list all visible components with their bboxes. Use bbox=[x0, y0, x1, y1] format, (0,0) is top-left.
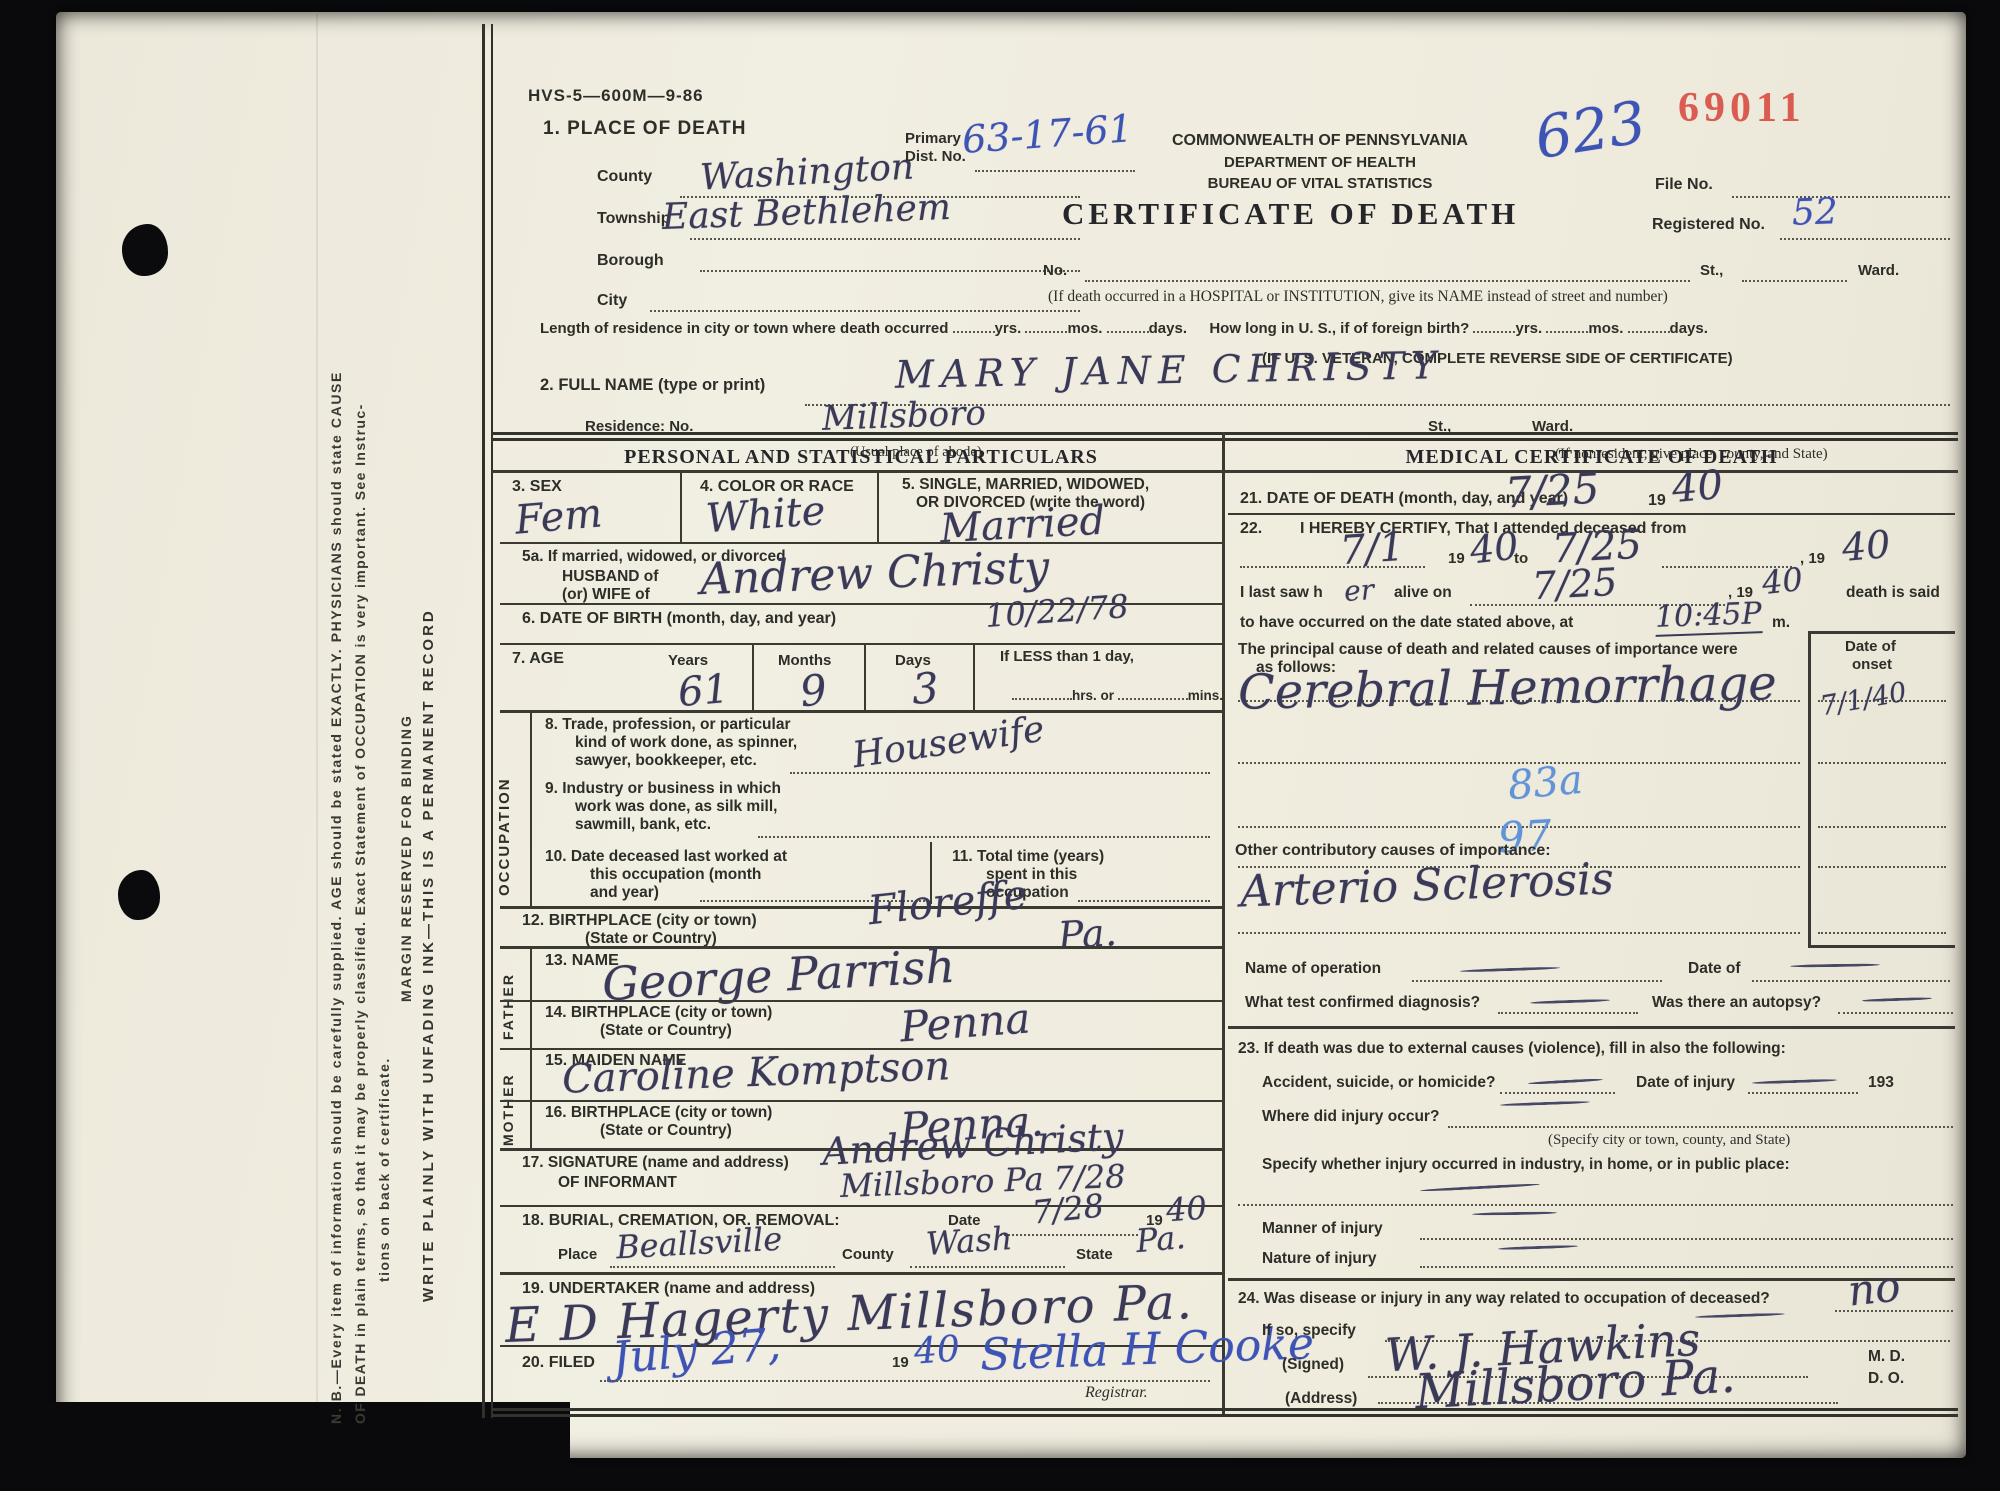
father-birthplace-label-2: (State or Country) bbox=[600, 1022, 732, 1040]
mins-label: mins. bbox=[1188, 688, 1223, 703]
last-worked-label-2: this occupation (month bbox=[590, 866, 761, 884]
department-line: DEPARTMENT OF HEALTH bbox=[1150, 154, 1490, 171]
last-worked-label-1: 10. Date deceased last worked at bbox=[545, 848, 787, 866]
autopsy-label: Was there an autopsy? bbox=[1652, 994, 1821, 1012]
punch-hole-bottom bbox=[118, 870, 160, 920]
file-no-line bbox=[1732, 196, 1950, 198]
trade-label-2: kind of work done, as spinner, bbox=[575, 734, 797, 752]
length-yrs-label: yrs. bbox=[995, 320, 1022, 337]
do-label: D. O. bbox=[1868, 1370, 1904, 1388]
cause-line-5 bbox=[1238, 932, 1800, 934]
age-divider-2 bbox=[864, 643, 866, 710]
margin-note-nb-line1: N. B.—Every item of information should b… bbox=[328, 371, 344, 1424]
related-occupation-value: no bbox=[1846, 1261, 1903, 1315]
city-label: City bbox=[597, 292, 627, 310]
street-no-label: No. bbox=[1043, 262, 1067, 279]
borough-line bbox=[700, 270, 1080, 272]
father-mother-bracket-line bbox=[530, 946, 532, 1148]
onset-line-4 bbox=[1818, 866, 1946, 868]
injury-date-line bbox=[1748, 1092, 1858, 1094]
onset-box-left bbox=[1808, 631, 1811, 947]
specify-injury-label: Specify whether injury occurred in indus… bbox=[1262, 1156, 1790, 1174]
attended-to-label: to bbox=[1514, 550, 1528, 567]
length-mos-label: mos. bbox=[1067, 320, 1102, 337]
header-double-rule bbox=[492, 432, 1958, 441]
registered-no-line bbox=[1780, 238, 1950, 240]
where-injury-label: Where did injury occur? bbox=[1262, 1108, 1439, 1126]
external-causes-label: 23. If death was due to external causes … bbox=[1238, 1040, 1786, 1058]
to-year-printed: , 19 bbox=[1800, 550, 1825, 567]
mins-line bbox=[1118, 698, 1188, 700]
spouse-label-2: HUSBAND of bbox=[562, 568, 658, 586]
township-label: Township bbox=[597, 210, 670, 228]
city-line bbox=[650, 310, 1080, 312]
accident-line bbox=[1500, 1092, 1615, 1094]
filed-year-printed: 19 bbox=[892, 1354, 909, 1371]
street-ward-label: Ward. bbox=[1858, 262, 1899, 279]
fold-line bbox=[316, 14, 318, 1402]
occupation-bracket-line bbox=[530, 710, 532, 906]
us-mos-label: mos. bbox=[1588, 320, 1623, 337]
last-saw-pronoun: er bbox=[1343, 573, 1375, 608]
specify-injury-line bbox=[1238, 1204, 1953, 1206]
last-saw-post: death is said bbox=[1846, 584, 1940, 602]
informant-label-1: 17. SIGNATURE (name and address) bbox=[522, 1154, 789, 1172]
us-length-label: How long in U. S., if of foreign birth? bbox=[1209, 320, 1469, 337]
birthplace-label-1: 12. BIRTHPLACE (city or town) bbox=[522, 912, 757, 930]
filed-year-value: 40 bbox=[913, 1328, 962, 1372]
total-time-label-1: 11. Total time (years) bbox=[952, 848, 1104, 866]
us-days-label: days. bbox=[1670, 320, 1708, 337]
hrs-label: hrs. or bbox=[1072, 688, 1114, 703]
age-months-value: 9 bbox=[798, 665, 830, 717]
accident-label: Accident, suicide, or homicide? bbox=[1262, 1074, 1495, 1092]
from-year-value: 40 bbox=[1468, 524, 1521, 573]
father-birthplace-value: Penna bbox=[898, 994, 1031, 1052]
last-saw-pre: I last saw h bbox=[1240, 584, 1323, 602]
left-double-rule bbox=[482, 24, 493, 1418]
onset-box-top bbox=[1808, 631, 1955, 634]
dob-label: 6. DATE OF BIRTH (month, day, and year) bbox=[522, 610, 836, 628]
last-worked-label-3: and year) bbox=[590, 884, 659, 902]
color-marital-divider bbox=[877, 470, 879, 542]
row-line-5a bbox=[500, 542, 1222, 544]
onset-box-bottom bbox=[1808, 945, 1955, 948]
primary-dist-label-2: Dist. No. bbox=[905, 148, 966, 165]
bottom-double-rule bbox=[492, 1408, 1958, 1417]
length-mos-line bbox=[1025, 331, 1067, 333]
address-label: (Address) bbox=[1285, 1390, 1357, 1408]
burial-date-line bbox=[1000, 1234, 1138, 1236]
place-of-death-label: 1. PLACE OF DEATH bbox=[543, 118, 747, 140]
where-injury-note: (Specify city or town, county, and State… bbox=[1548, 1132, 1790, 1149]
filed-line bbox=[600, 1380, 1210, 1382]
age-divider-3 bbox=[973, 643, 975, 710]
row-line-18 bbox=[500, 1205, 1222, 1207]
mother-birthplace-label-1: 16. BIRTHPLACE (city or town) bbox=[545, 1104, 772, 1122]
last-saw-mid: alive on bbox=[1394, 584, 1452, 602]
burial-county-line bbox=[910, 1266, 1065, 1268]
where-injury-line bbox=[1448, 1126, 1953, 1128]
medical-rule-2 bbox=[1228, 1026, 1955, 1029]
registered-no-value: 52 bbox=[1791, 191, 1838, 234]
father-birthplace-label-1: 14. BIRTHPLACE (city or town) bbox=[545, 1004, 772, 1022]
operation-date-line bbox=[1752, 980, 1950, 982]
hospital-note: (If death occurred in a HOSPITAL or INST… bbox=[1048, 288, 1668, 306]
burial-place-label: Place bbox=[558, 1246, 597, 1263]
father-side-label: FATHER bbox=[500, 973, 516, 1040]
manner-injury-label: Manner of injury bbox=[1262, 1220, 1383, 1238]
cause-code-1: 83a bbox=[1506, 757, 1584, 809]
age-label: 7. AGE bbox=[512, 650, 564, 668]
street-st-line bbox=[1742, 280, 1847, 282]
burial-state-value: Pa. bbox=[1134, 1218, 1186, 1260]
us-days-line bbox=[1628, 331, 1670, 333]
registered-no-label: Registered No. bbox=[1652, 216, 1765, 234]
related-occupation-line bbox=[1835, 1310, 1953, 1312]
margin-note-nb-line3: tions on back of certificate. bbox=[376, 1057, 392, 1282]
certify-number: 22. bbox=[1240, 520, 1262, 538]
from-year-printed: 19 bbox=[1448, 550, 1465, 567]
dod-year-printed: 19 bbox=[1648, 492, 1666, 510]
trade-line bbox=[790, 772, 1210, 774]
onset-label-1: Date of bbox=[1845, 638, 1896, 655]
burial-place-line bbox=[610, 1266, 835, 1268]
length-days-label: days. bbox=[1149, 320, 1187, 337]
injury-date-label: Date of injury bbox=[1636, 1074, 1735, 1092]
autopsy-line bbox=[1838, 1012, 1953, 1014]
onset-line-2 bbox=[1818, 762, 1946, 764]
signed-label: (Signed) bbox=[1282, 1356, 1344, 1374]
age-less-label: If LESS than 1 day, bbox=[1000, 648, 1134, 665]
primary-dist-line bbox=[975, 170, 1135, 172]
mother-birthplace-label-2: (State or Country) bbox=[600, 1122, 732, 1140]
nature-injury-label: Nature of injury bbox=[1262, 1250, 1377, 1268]
related-occupation-label: 24. Was disease or injury in any way rel… bbox=[1238, 1290, 1770, 1308]
occupation-side-label: OCCUPATION bbox=[496, 777, 513, 896]
row-line-16 bbox=[500, 1100, 1222, 1102]
industry-label-2: work was done, as silk mill, bbox=[575, 798, 777, 816]
principal-cause-value: Cerebral Hemorrhage bbox=[1238, 655, 1778, 720]
length-days-line bbox=[1107, 331, 1149, 333]
filed-label: 20. FILED bbox=[522, 1354, 595, 1372]
operation-date-label: Date of bbox=[1688, 960, 1741, 978]
row-line-7 bbox=[500, 643, 1222, 645]
age-hrs-mins-row: hrs. or mins. bbox=[1012, 688, 1223, 703]
trade-label-3: sawyer, bookkeeper, etc. bbox=[575, 752, 757, 770]
section-top-rule bbox=[492, 470, 1958, 473]
marital-label-1: 5. SINGLE, MARRIED, WIDOWED, bbox=[902, 476, 1149, 494]
operation-line bbox=[1412, 980, 1662, 982]
us-yrs-label: yrs. bbox=[1515, 320, 1542, 337]
column-divider bbox=[1222, 432, 1225, 1414]
mother-side-label: MOTHER bbox=[500, 1073, 516, 1146]
spouse-label-3: (or) WIFE of bbox=[562, 586, 650, 604]
date-of-death-value: 7/25 bbox=[1504, 464, 1601, 518]
file-no-label: File No. bbox=[1655, 176, 1713, 194]
street-st-label: St., bbox=[1700, 262, 1723, 279]
row-line-8 bbox=[500, 710, 1222, 713]
certificate-stamp-number: 69011 bbox=[1678, 84, 1806, 132]
township-line bbox=[690, 238, 1080, 240]
commonwealth-line: COMMONWEALTH OF PENNSYLVANIA bbox=[1150, 132, 1490, 150]
manner-injury-line bbox=[1420, 1238, 1953, 1240]
primary-dist-label-1: Primary bbox=[905, 130, 961, 147]
occurred-suffix: m. bbox=[1772, 614, 1790, 632]
total-time-line bbox=[1078, 900, 1210, 902]
last-saw-value: 7/25 bbox=[1531, 560, 1619, 608]
certificate-title: CERTIFICATE OF DEATH bbox=[1062, 196, 1519, 232]
county-label: County bbox=[597, 168, 652, 186]
burial-county-label: County bbox=[842, 1246, 894, 1263]
form-number: HVS-5—600M—9-86 bbox=[528, 86, 704, 106]
attended-from-value: 7/1 bbox=[1338, 524, 1405, 574]
sex-color-divider bbox=[680, 470, 682, 542]
age-years-label: Years bbox=[668, 652, 708, 669]
personal-section-header: PERSONAL AND STATISTICAL PARTICULARS bbox=[500, 446, 1222, 469]
hrs-line bbox=[1012, 698, 1072, 700]
trade-label-1: 8. Trade, profession, or particular bbox=[545, 716, 791, 734]
occurred-label: to have occurred on the date stated abov… bbox=[1240, 614, 1573, 632]
age-divider-1 bbox=[752, 643, 754, 710]
us-yrs-line bbox=[1473, 331, 1515, 333]
punch-hole-top bbox=[122, 224, 168, 276]
informant-label-2: OF INFORMANT bbox=[558, 1174, 677, 1192]
age-years-value: 61 bbox=[676, 666, 731, 716]
residence-length-label: Length of residence in city or town wher… bbox=[540, 320, 948, 337]
occurred-time-value: 10:45P bbox=[1654, 596, 1762, 637]
industry-line bbox=[758, 836, 1210, 838]
row-line-14 bbox=[500, 1000, 1222, 1002]
birthplace-state-value: Pa. bbox=[1057, 910, 1119, 958]
injury-year-printed: 193 bbox=[1868, 1074, 1894, 1092]
full-name-label: 2. FULL NAME (type or print) bbox=[540, 376, 765, 395]
industry-label-1: 9. Industry or business in which bbox=[545, 780, 781, 798]
bureau-line: BUREAU OF VITAL STATISTICS bbox=[1150, 175, 1490, 192]
registrar-label: Registrar. bbox=[1085, 1384, 1148, 1402]
medical-rule-1 bbox=[1228, 513, 1955, 515]
onset-line-3 bbox=[1818, 826, 1946, 828]
burial-state-label: State bbox=[1076, 1246, 1113, 1263]
margin-note-binding: MARGIN RESERVED FOR BINDING bbox=[398, 714, 414, 1002]
residence-length-row: Length of residence in city or town wher… bbox=[540, 320, 1708, 337]
color-race-value: White bbox=[705, 488, 827, 542]
us-mos-line bbox=[1546, 331, 1588, 333]
test-line bbox=[1498, 1012, 1638, 1014]
margin-note-write-plainly: WRITE PLAINLY WITH UNFADING INK—THIS IS … bbox=[420, 608, 437, 1302]
if-so-specify-label: If so, specify bbox=[1262, 1322, 1356, 1340]
row-line-19 bbox=[500, 1272, 1222, 1275]
to-year-value: 40 bbox=[1840, 522, 1892, 570]
md-label: M. D. bbox=[1868, 1348, 1905, 1366]
margin-note-nb-line2: OF DEATH in plain terms, so that it may … bbox=[352, 403, 368, 1424]
operation-label: Name of operation bbox=[1245, 960, 1381, 978]
onset-line-5 bbox=[1818, 932, 1946, 934]
burial-county-value: Wash bbox=[925, 1219, 1014, 1263]
onset-label-2: onset bbox=[1852, 656, 1892, 673]
length-yrs-line bbox=[953, 331, 995, 333]
age-days-value: 3 bbox=[910, 663, 940, 714]
last-saw-year-value: 40 bbox=[1760, 560, 1804, 602]
test-label: What test confirmed diagnosis? bbox=[1245, 994, 1480, 1012]
borough-label: Borough bbox=[597, 252, 664, 270]
burial-date-value: 7/28 bbox=[1030, 1186, 1105, 1231]
death-certificate-scan: N. B.—Every item of information should b… bbox=[0, 0, 2000, 1491]
industry-label-3: sawmill, bank, etc. bbox=[575, 816, 711, 834]
street-no-line bbox=[1085, 280, 1690, 282]
sex-value: Fem bbox=[513, 490, 604, 543]
row-line-12 bbox=[500, 906, 1222, 909]
dod-year-value: 40 bbox=[1670, 462, 1725, 512]
